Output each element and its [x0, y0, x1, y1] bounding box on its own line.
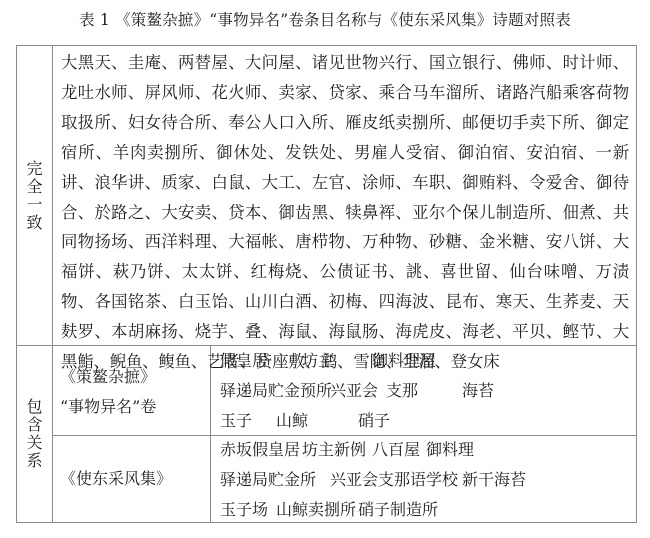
- item: 山鲸卖捌所: [276, 495, 356, 525]
- section-label-identical: 完 全 一 致: [17, 46, 52, 345]
- item: 兴亚会: [330, 376, 378, 406]
- items-row: 假皇居 坊主 御料理屋: [220, 346, 630, 376]
- label-char: 完: [26, 160, 42, 178]
- item: 赤坂假皇居: [220, 435, 300, 465]
- item: 驿递局贮金所: [220, 465, 316, 495]
- item: 山鲸: [276, 406, 308, 436]
- source-volume: “事物异名”卷: [60, 392, 156, 422]
- label-char: 致: [26, 214, 42, 232]
- label-char: 关: [26, 434, 42, 452]
- items-row: 赤坂假皇居 坊主新例 八百屋 御料理: [220, 435, 630, 465]
- source-cezao: 《策鳌杂摭》 “事物异名”卷: [60, 362, 156, 422]
- identical-items-text: 大黑天、圭庵、两替屋、大问屋、诸见世物兴行、国立银行、佛师、时计师、龙吐水师、屏…: [61, 48, 629, 377]
- item: 御料理: [426, 435, 474, 465]
- item: 新干海苔: [462, 465, 526, 495]
- item: 硝子制造所: [358, 495, 438, 525]
- item: 海苔: [462, 376, 494, 406]
- item: 八百屋: [372, 435, 420, 465]
- label-char: 一: [26, 196, 42, 214]
- item: 玉子: [220, 406, 252, 436]
- items-row: 驿递局贮金所 兴亚会支那语学校 新干海苔: [220, 465, 630, 495]
- item: 驿递局贮金预所: [220, 376, 332, 406]
- label-char: 包: [26, 398, 42, 416]
- item: 御料理屋: [372, 346, 436, 376]
- items-row: 驿递局贮金预所 兴亚会 支那 海苔: [220, 376, 630, 406]
- item: 玉子场: [220, 495, 268, 525]
- item: 坊主: [302, 346, 334, 376]
- items-row: 玉子场 山鲸卖捌所 硝子制造所: [220, 495, 630, 525]
- items-row: 玉子 山鲸 硝子: [220, 406, 630, 436]
- item: 假皇居: [220, 346, 268, 376]
- source-title: 《使东采风集》: [60, 464, 172, 494]
- label-char: 含: [26, 416, 42, 434]
- label-char: 系: [26, 452, 42, 470]
- comparison-table: 完 全 一 致 大黑天、圭庵、两替屋、大问屋、诸见世物兴行、国立银行、佛师、时计…: [16, 45, 637, 523]
- source-shidong: 《使东采风集》: [60, 464, 172, 494]
- item: 硝子: [358, 406, 390, 436]
- item: 坊主新例: [302, 435, 366, 465]
- label-char: 全: [26, 178, 42, 196]
- item: 兴亚会支那语学校: [330, 465, 458, 495]
- section-label-inclusion: 包 含 关 系: [17, 346, 52, 522]
- item: 支那: [386, 376, 418, 406]
- source-title: 《策鳌杂摭》: [60, 362, 156, 392]
- column-divider: [52, 46, 53, 522]
- table-caption: 表 1 《策鳌杂摭》“事物异名”卷条目名称与《使东采风集》诗题对照表: [0, 8, 650, 32]
